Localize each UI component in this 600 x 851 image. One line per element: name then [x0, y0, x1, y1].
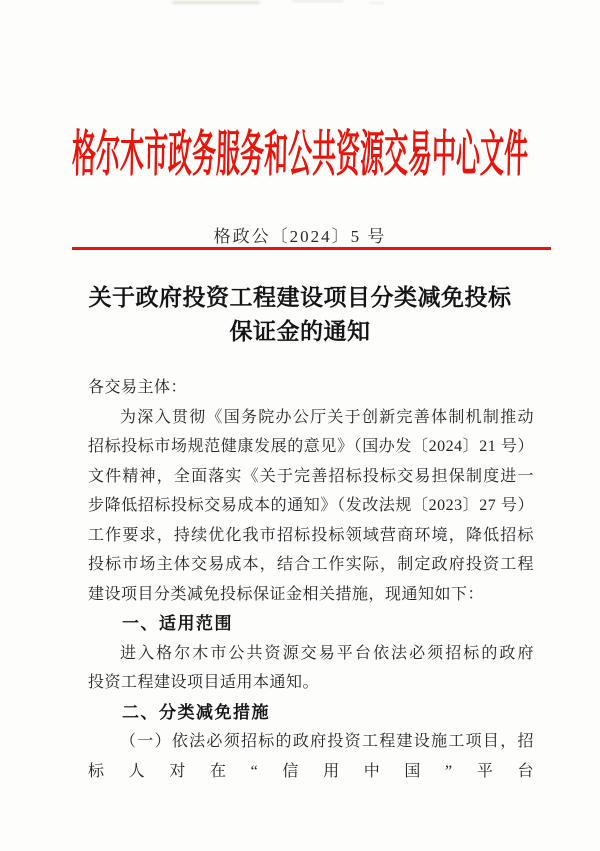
scan-artifact	[292, 0, 344, 2]
section-heading-2: 二、分类减免措施	[88, 698, 534, 728]
document-page: 格尔木市政务服务和公共资源交易中心文件 格政公〔2024〕5 号 关于政府投资工…	[0, 0, 600, 851]
body-line: 标人对在“信用中国”平台	[88, 757, 534, 787]
body-line: 步降低招标投标交易成本的通知》（发改法规〔2023〕27 号）	[88, 491, 534, 521]
scan-artifact	[172, 1, 260, 4]
body-line: 投标市场主体交易成本，结合工作实际，制定政府投资工程	[88, 550, 534, 580]
document-body: 各交易主体： 为深入贯彻《国务院办公厅关于创新完善体制机制推动 招标投标市场规范…	[88, 373, 534, 786]
scan-artifact	[370, 2, 384, 4]
section-heading-1: 一、适用范围	[88, 609, 534, 639]
body-line: 进入格尔木市公共资源交易平台依法必须招标的政府	[88, 639, 534, 669]
salutation-line: 各交易主体：	[88, 373, 534, 403]
document-number: 格政公〔2024〕5 号	[0, 222, 600, 247]
letterhead-org-title: 格尔木市政务服务和公共资源交易中心文件	[60, 126, 541, 182]
body-line: 为深入贯彻《国务院办公厅关于创新完善体制机制推动	[88, 403, 534, 433]
document-title: 关于政府投资工程建设项目分类减免投标 保证金的通知	[0, 281, 600, 349]
body-line: 投资工程建设项目适用本通知。	[88, 668, 534, 698]
document-title-line2: 保证金的通知	[0, 315, 600, 349]
body-line: 招标投标市场规范健康发展的意见》（国办发〔2024〕21 号）	[88, 432, 534, 462]
body-line: 工作要求，持续优化我市招标投标领域营商环境，降低招标	[88, 521, 534, 551]
body-line: 建设项目分类减免投标保证金相关措施，现通知如下：	[88, 580, 534, 610]
body-line: （一）依法必须招标的政府投资工程建设施工项目，招	[88, 727, 534, 757]
document-title-line1: 关于政府投资工程建设项目分类减免投标	[0, 281, 600, 315]
body-line: 文件精神，全面落实《关于完善招标投标交易担保制度进一	[88, 462, 534, 492]
red-divider-line	[72, 247, 551, 250]
